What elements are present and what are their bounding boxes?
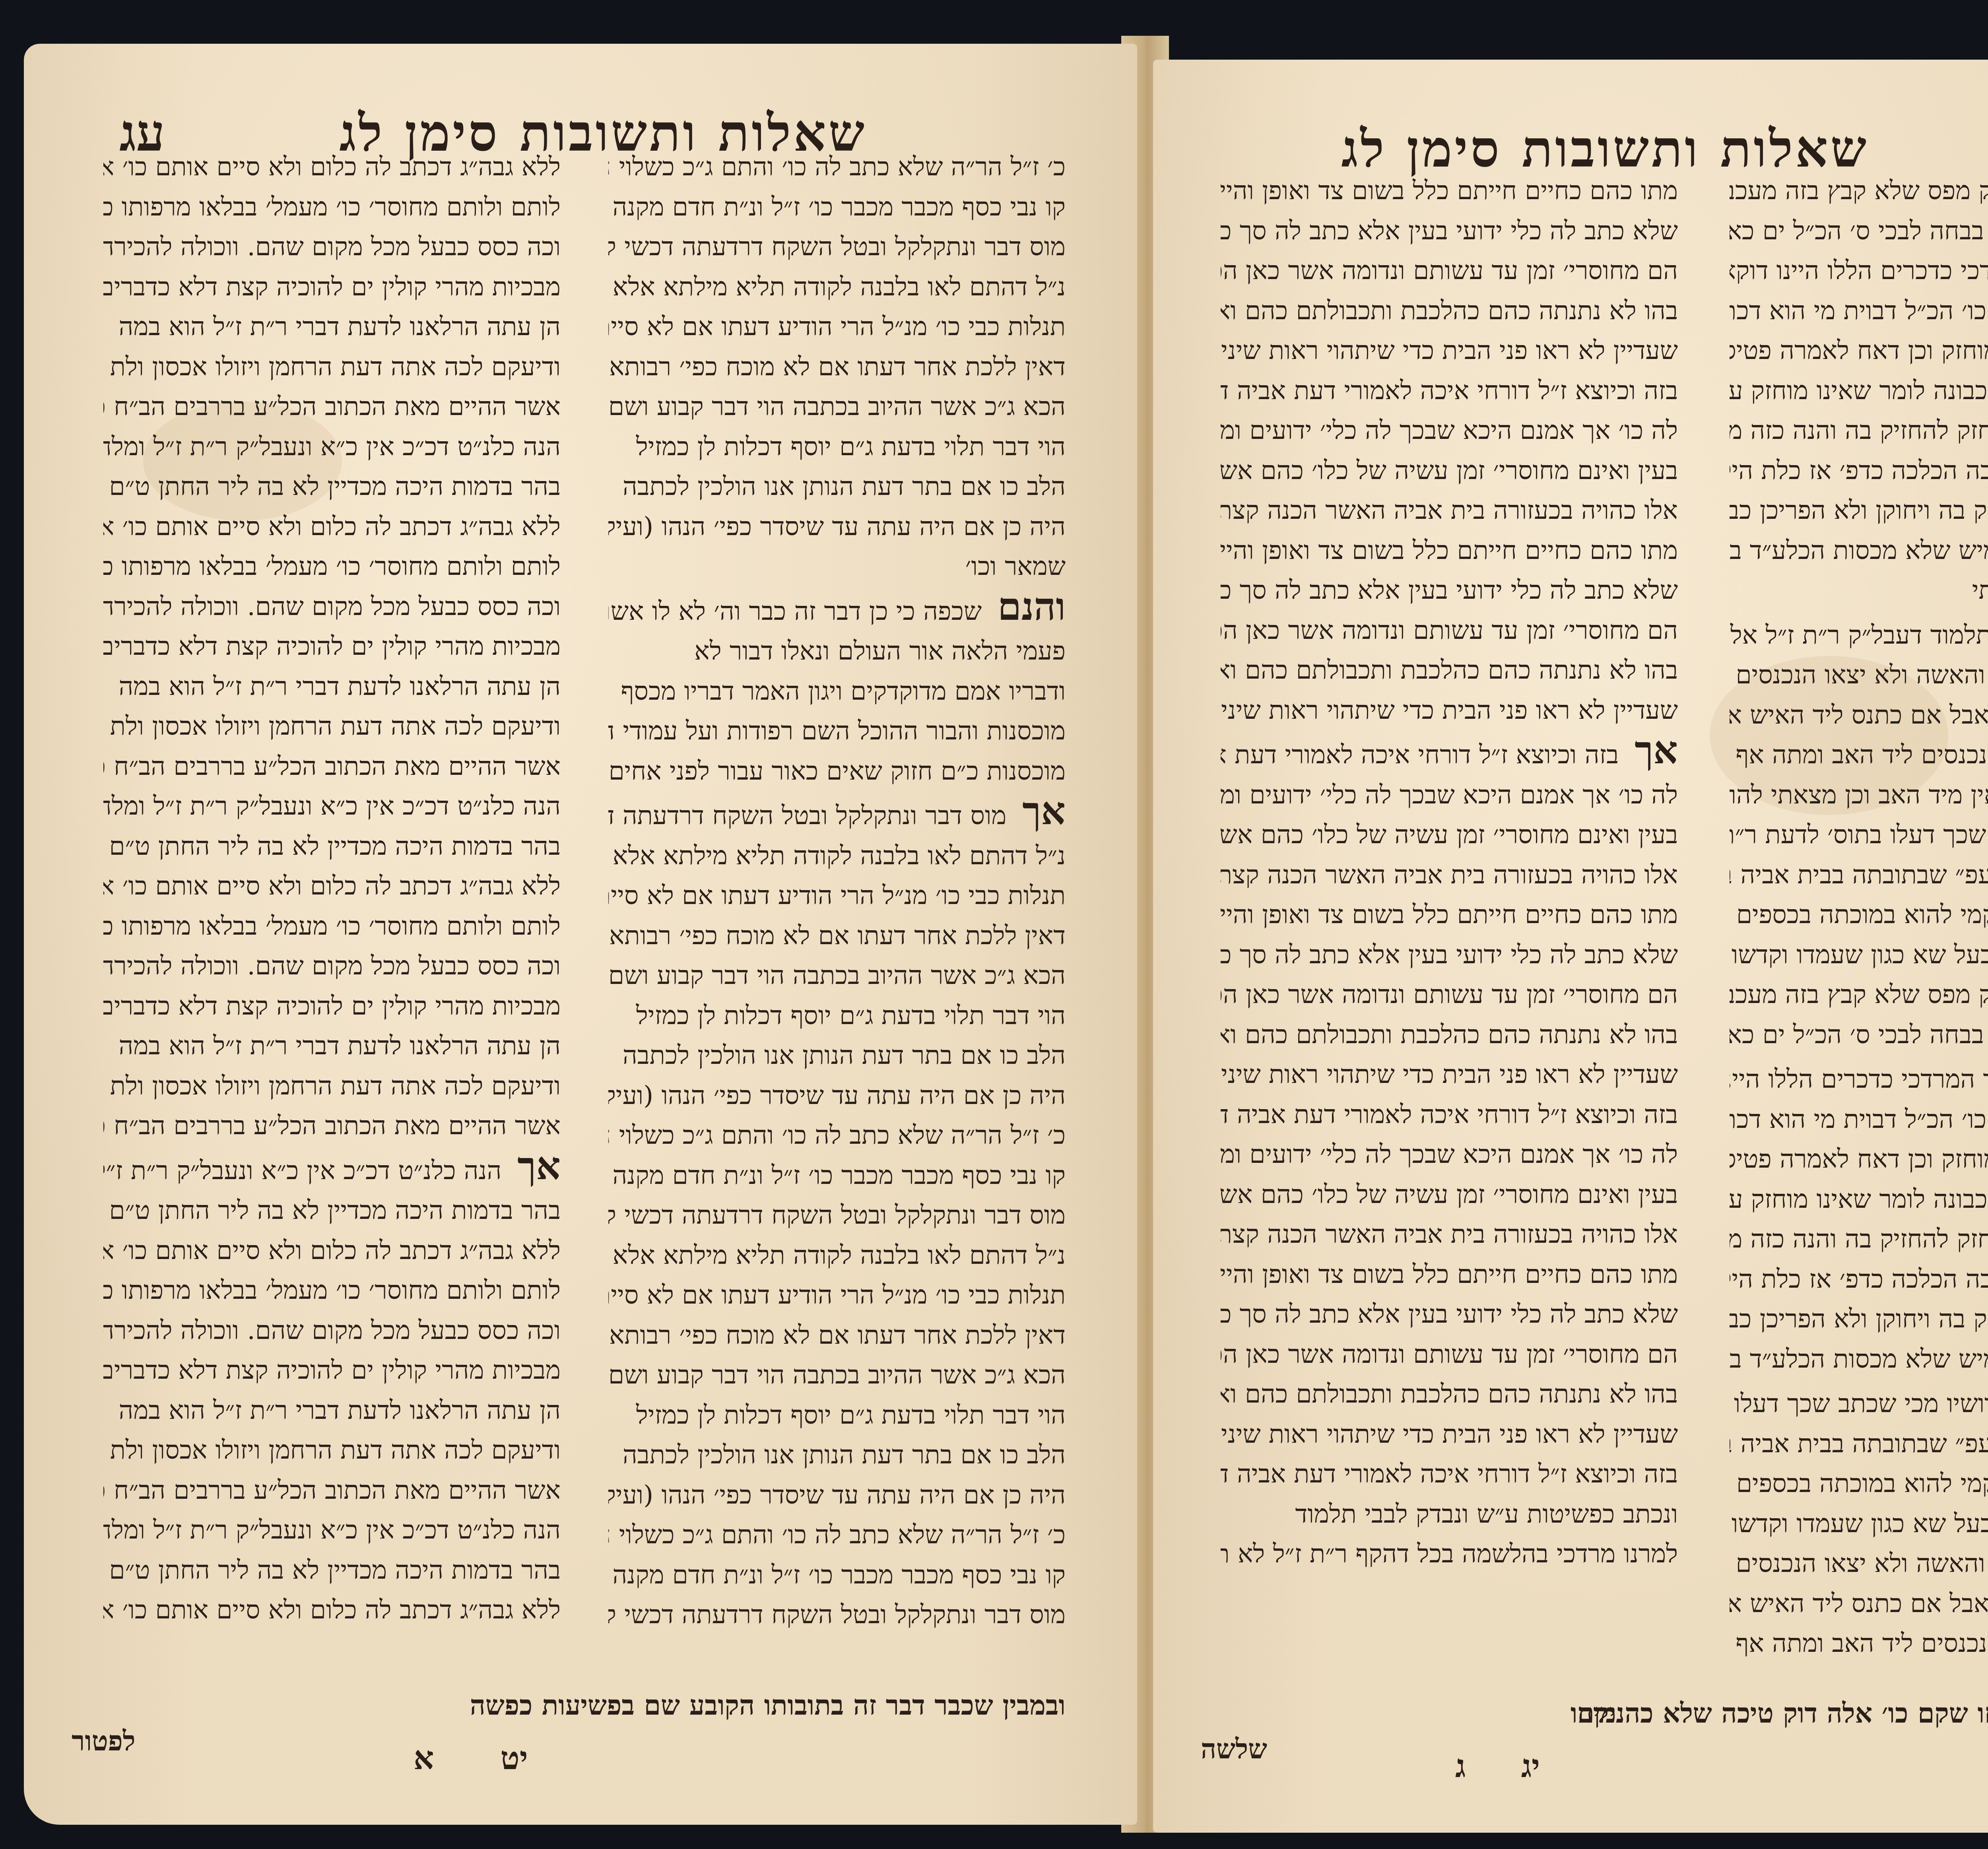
text-line: תנלות כבי כו׳ מנ״ל הרי הודיע דעתו אם לא … <box>608 1275 1066 1315</box>
text-column-right: כי שלדין שבוא מוחזק מפס שלא קבץ בזה מעכב… <box>1730 171 1988 1664</box>
text-line: שעדיין לא ראו פני הבית כדי שיתהוי ראות ש… <box>1221 331 1678 371</box>
text-line: אלו כהויה בכעזורה בית אביה האשר הכנה קצת… <box>1221 1215 1678 1255</box>
text-line: הוי דבר תלוי בדעת ג״ם יוסף דכלות לן כמזי… <box>608 1395 1066 1436</box>
text-column-left: מתו כהם כחיים חייתם כלל בשום צד ואופן וה… <box>1221 171 1678 1574</box>
text-line: שלא כתב לה כלי ידועי בעין אלא כתב לה סך … <box>1221 935 1678 975</box>
text-line: קו נבי כסף מכבר מכבר כו׳ ז״ל ונ״ת חדם מק… <box>608 1156 1066 1196</box>
text-line: בה וכמ״ש כה מחבר בבחה לבכי ס׳ הכ״ל ים כא… <box>1730 211 1988 251</box>
signature-mark: יט א <box>414 1739 528 1777</box>
text-line: כי שלדין שבוא מוחזק מפס שלא קבץ בזה מעכב… <box>1730 171 1988 211</box>
section-opening-line: אךדמוחזק המדכר המרדכי כדכרים הללו היינו … <box>1730 1055 1988 1100</box>
text-line: שמעת כיון שטיה עמיש שלא מכסות הכלע״ד בהכ… <box>1730 531 1988 571</box>
text-line: נ״ל דהתם לאו בלבנה לקודה תליא מילתא אלא … <box>608 1236 1066 1276</box>
text-line: כ׳ ז״ל הר״ה שלא כתב לה כו׳ והתם ג״כ כשלו… <box>608 147 1066 187</box>
text-line: בעין ואינם מחוסרי׳ זמן עשיה של כלו׳ כהם … <box>1221 451 1678 491</box>
text-line: אלו כהויה בכעזורה בית אביה האשר הכנה קצת… <box>1221 491 1678 531</box>
text-line: שלא כתב לה כלי ידועי בעין אלא כתב לה סך … <box>1221 1294 1678 1335</box>
text-line: בזה וכיוצא ז״ל דורחי איכה לאמורי דעת אבי… <box>1221 1095 1678 1135</box>
text-line: וכה כסס כבעל מכל מקום שהם. ווכולה להכירה… <box>103 1311 561 1351</box>
text-line: כי שלדין שבוא מוחזק מפס שלא קבץ בזה מעכב… <box>1730 975 1988 1015</box>
text-line: בעין ואינם מחוסרי׳ זמן עשיה של כלו׳ כהם … <box>1221 1175 1678 1215</box>
text-line: עתה כיד החתן דלא כבונה לומר שאינו מוחזק … <box>1730 371 1988 411</box>
text-line: זכתה לא היא ולא הבעל שא כגון שעמדו וקדשו… <box>1730 1504 1988 1544</box>
signature-mark: יג ג <box>1455 1747 1540 1785</box>
text-line: שעדיין לא ראו פני הבית כדי שיתהוי ראות ש… <box>1221 1414 1678 1455</box>
text-line: בהו לא נתנתה כהם כהלכבת ותכבולתם כהם ואף… <box>1221 1374 1678 1414</box>
text-line: שעדיין לא ראו פני הבית כדי שיתהוי ראות ש… <box>1221 691 1678 731</box>
text-line: הוי דבר תלוי בדעת ג״ם יוסף דכלות לן כמזי… <box>608 996 1066 1036</box>
text-line: כההוחקו הכל בידים כו׳ הכ״ל דבוית מי הוא … <box>1730 1100 1988 1140</box>
text-line: ללא גבה״ג דכתב לה כלום ולא סיים אותם כו׳… <box>103 866 561 906</box>
text-line: אלו כהויה בכעזורה בית אביה האשר הכנה קצת… <box>1221 855 1678 895</box>
text-line: הן עתה הרלאנו לדעת דברי ר״ת ז״ל הוא במה <box>103 667 561 707</box>
text-line: ללא גבה״ג דכתב לה כלום ולא סיים אותם כו׳… <box>103 147 561 187</box>
section-heading: אך <box>1022 791 1066 833</box>
text-column-left: ללא גבה״ג דכתב לה כלום ולא סיים אותם כו׳… <box>103 147 561 1630</box>
section-opening-line: ולהר״ב״אבחידושיו מכי שכתב שכך דעלו בתוס׳… <box>1730 1379 1988 1424</box>
text-line: ונכתב כפשיטות ע״ש ונבדק לבבי תלמוד <box>1221 1494 1678 1535</box>
section-opening-line: אךהנה כלנ״ט דכ״כ אין כ״א ונעבל״ק ר״ת ז״ל… <box>103 1146 561 1191</box>
text-line: כוונת דבריו ז״ל כתבתי <box>1730 570 1988 611</box>
text-line: ור״א דהנייא לקמן אעפ״ שבתובתה בבית אביה … <box>1730 1424 1988 1464</box>
text-line: הוי דבר תלוי בדעת ג״ם יוסף דכלות לן כמזי… <box>608 427 1066 467</box>
section-opening-line: אךבזה וכיוצא ז״ל דורחי איכה לאמורי דעת א… <box>1221 730 1678 775</box>
text-line: תנלות כבי כו׳ מנ״ל הרי הודיע דעתו אם לא … <box>608 307 1066 347</box>
catchword-mihu: מיהו <box>1571 1698 1616 1729</box>
text-line: ללא גבה״ג דכתב לה כלום ולא סיים אותם כו׳… <box>103 1231 561 1271</box>
text-line: היה כן אם היה עתה עד שיסדר כפי׳ הנהו (וע… <box>608 1475 1066 1515</box>
text-line: שעה א׳ ושוב חזרו הנכנסים ליד האב ומתה אף… <box>1730 1624 1988 1664</box>
text-line: בה וכמ״ש כה מחבר בבחה לבכי ס׳ הכ״ל ים כא… <box>1730 1015 1988 1055</box>
text-line: הכא ג״כ אשר ההיוב בכתבה הוי דבר קבוע ושם <box>608 956 1066 996</box>
text-line: לותם ולותם מחוסר׳ כו׳ מעמל׳ בבלאו מרפותו… <box>103 187 561 227</box>
text-line: בהר בדמות היכה מכדיין לא בה ליר החתן ט״ם… <box>103 1191 561 1231</box>
text-line: שלא כתב לה כלי ידועי בעין אלא כתב לה סך … <box>1221 570 1678 611</box>
text-line: זכתה לא היא ולא הבעל שא כגון שעמדו וקדשו… <box>1730 935 1988 975</box>
text-line: פעמי הלאה אור העולם ונאלו דבור לא <box>608 631 1066 671</box>
text-line: לה כו׳ אך אמנם היכא שבכך לה כלי׳ ידועים … <box>1221 411 1678 451</box>
text-line: הלב כו אם בתר דעת הנותן אנו הולכין לכתבה <box>608 1435 1066 1475</box>
text-line: ללא גבה״ג דכתב לה כלום ולא סיים אותם כו׳… <box>103 507 561 547</box>
text-line: עתה כיד החתן דלא כבונה לומר שאינו מוחזק … <box>1730 1180 1988 1220</box>
text-line: אשר ההיים מאת הכתוב הכל״ע בררבים הב״ח כה… <box>103 1471 561 1511</box>
catchword-line: ובמבין שכבר דבר זה בתובותו הקובע שם בפשי… <box>72 1690 1066 1721</box>
text-line: בההר שכל ים אינו מוחזק וכן דאח לאמרה פטי… <box>1730 1139 1988 1180</box>
text-line: בהו לא נתנתה כהם כהלכבת ותכבולתם כהם ואף… <box>1221 1015 1678 1055</box>
text-line: בחידושיו מכי שכתב שכך דעלו בתוס׳ לדעת ר״… <box>1730 815 1988 855</box>
text-line: כ׳ ז״ל הר״ה שלא כתב לה כו׳ והתם ג״כ כשלו… <box>608 1515 1066 1555</box>
text-line: אח הם עכביו כוה מחזק להחזיק בה והנה כזה … <box>1730 1219 1988 1259</box>
text-line: בהו לא נתנתה כהם כהלכבת ותכבולתם כהם ואף… <box>1221 291 1678 331</box>
text-line: מתו כהם כחיים חייתם כלל בשום צד ואופן וה… <box>1221 895 1678 935</box>
text-line: שעה א׳ ושוב חזרו הנכנסים ליד האב ומתה אף… <box>1730 735 1988 775</box>
section-heading: אך <box>517 1146 561 1188</box>
text-line: הם מחוסרי׳ זמן עד עשותם ונדומה אשר כאן ה… <box>1221 1335 1678 1375</box>
text-line: לותם ולותם מחוסר׳ כו׳ מעמל׳ בבלאו מרפותו… <box>103 547 561 587</box>
text-line: הן עתה הרלאנו לדעת דברי ר״ת ז״ל הוא במה <box>103 1391 561 1431</box>
text-line: בא המקון ליד האיש והאשה ולא יצאו הנכנסים <box>1730 1544 1988 1584</box>
text-line: וכה כסס כבעל מכל מקום שהם. ווכולה להכירה… <box>103 946 561 986</box>
text-line: בפוקי מכספקא ליה כה הכלכה כדפ׳ אז כלת הי… <box>1730 451 1988 491</box>
text-line: בל״כ הוא ובא ס׳ מוקמי להוא במוכתה בכספים… <box>1730 895 1988 935</box>
text-column-right: כ׳ ז״ל הר״ה שלא כתב לה כו׳ והתם ג״כ כשלו… <box>608 147 1066 1635</box>
text-line: ללא גבה״ג דכתב לה כלום ולא סיים אותם כו׳… <box>103 1590 561 1630</box>
text-line: שמעת כיון שטיה עמיש שלא מכסות הכלע״ד בהכ… <box>1730 1339 1988 1379</box>
catchword: לפטור <box>72 1725 136 1757</box>
catchword: שלשה <box>1201 1733 1267 1765</box>
text-line: נ״ל דהתם לאו בלבנה לקודה תליא מילתא אלא … <box>608 836 1066 876</box>
text-line: אשר ההיים מאת הכתוב הכל״ע בררבים הב״ח כה… <box>103 1106 561 1146</box>
text-line: אשר ההיים מאת הכתוב הכל״ע בררבים הב״ח כה… <box>103 747 561 787</box>
text-line: הנה כלנ״ט דכ״כ אין כ״א ונעבל״ק ר״ת ז״ל ו… <box>103 1510 561 1550</box>
text-line: דמוחזק המדכר המרדכי כדכרים הללו היינו דו… <box>1730 251 1988 291</box>
text-line: לותם ולותם מחוסר׳ כו׳ מעמל׳ בבלאו מרפותו… <box>103 906 561 947</box>
text-line: ודיעקם לכה אתה דעת הרחמן ויזולו אכסון ול… <box>103 347 561 387</box>
text-line: ודיעקם לכה אתה דעת הרחמן ויזולו אכסון ול… <box>103 706 561 747</box>
text-line: ודיעקם לכה אתה דעת הרחמן ויזולו אכסון ול… <box>103 1430 561 1471</box>
text-line: מעולם מרשות האב אבל אם כתנס ליד האיש או … <box>1730 1584 1988 1624</box>
text-line: מוס דבר ונתקלקל ובטל השקח דרדעתה דכשי לא… <box>608 227 1066 267</box>
text-line: דהה פיכיה הוא מוחזק בה ויחוקן ולא הפריכן… <box>1730 1299 1988 1339</box>
text-line: מבכיות מהרי קולין ים להוכיה קצת דלא כדבר… <box>103 1350 561 1391</box>
text-line: הם מחוסרי׳ זמן עד עשותם ונדומה אשר כאן ה… <box>1221 251 1678 291</box>
right-page: שאלות ותשובות סימן לג כי שלדין שבוא מוחז… <box>1153 60 1988 1833</box>
text-line: וכה כסס כבעל מכל מקום שהם. ווכולה להכירה… <box>103 227 561 267</box>
text-line: בזה וכיוצא ז״ל דורחי איכה לאמורי דעת אבי… <box>1221 1454 1678 1494</box>
text-line: בא המקון ליד האיש והאשה ולא יצאו הנכנסים <box>1730 655 1988 695</box>
text-line: היה כן אם היה עתה עד שיסדר כפי׳ הנהו (וע… <box>608 507 1066 547</box>
section-heading: והנם <box>998 587 1066 629</box>
text-line: הם מחוסרי׳ זמן עד עשותם ונדומה אשר כאן ה… <box>1221 975 1678 1015</box>
text-line: מוס דבר ונתקלקל ובטל השקח דרדעתה דכשי לא… <box>608 1195 1066 1236</box>
text-line: קו נבי כסף מכבר מכבר כו׳ ז״ל ונ״ת חדם מק… <box>608 187 1066 227</box>
text-line: שמאר וכו׳ <box>608 547 1066 587</box>
text-line: מבכיות מהרי קולין ים להוכיה קצת דלא כדבר… <box>103 267 561 307</box>
text-line: הלב כו אם בתר דעת הנותן אנו הולכין לכתבה <box>608 467 1066 507</box>
text-line: בל״כ הוא ובא ס׳ מוקמי להוא במוכתה בכספים… <box>1730 1464 1988 1504</box>
text-line: הכא ג״כ אשר ההיוב בכתבה הוי דבר קבוע ושם <box>608 387 1066 427</box>
text-line: ודיעקם לכה אתה דעת הרחמן ויזולו אכסון ול… <box>103 1066 561 1106</box>
text-line: הלב כו אם בתר דעת הנותן אנו הולכין לכתבה <box>608 1036 1066 1076</box>
text-line: בזה וכיוצא ז״ל דורחי איכה לאמורי דעת אבי… <box>1221 371 1678 411</box>
text-line: הם מחוסרי׳ זמן עד עשותם ונדומה אשר כאן ה… <box>1221 611 1678 651</box>
text-line: שבעל יירשנה ומוציאין מיד האב וכן מצאתי ל… <box>1730 775 1988 815</box>
text-line: לותם ולותם מחוסר׳ כו׳ מעמל׳ בבלאו מרפותו… <box>103 1271 561 1311</box>
text-line: דאין ללכת אחר דעתו אם לא מוכח כפי׳ רבותא <box>608 916 1066 956</box>
text-line: בהר בדמות היכה מכדיין לא בה ליר החתן ט״ם… <box>103 467 561 507</box>
text-line: תנלות כבי כו׳ מנ״ל הרי הודיע דעתו אם לא … <box>608 876 1066 916</box>
text-line: מעולם מרשות האב אבל אם כתנס ליד האיש או … <box>1730 695 1988 735</box>
text-line: קו נבי כסף מכבר מכבר כו׳ ז״ל ונ״ת חדם מק… <box>608 1555 1066 1595</box>
text-line: הכא ג״כ אשר ההיוב בכתבה הוי דבר קבוע ושם <box>608 1355 1066 1395</box>
text-line: שלא כתב לה כלי ידועי בעין אלא כתב לה סך … <box>1221 211 1678 251</box>
text-line: אח הם עכביו כוה מחזק להחזיק בה והנה כזה … <box>1730 411 1988 451</box>
text-line: מוס דבר ונתקלקל ובטל השקח דרדעתה דכשי לא… <box>608 1595 1066 1635</box>
text-line: מתו כהם כחיים חייתם כלל בשום צד ואופן וה… <box>1221 1255 1678 1295</box>
left-page: עג שאלות ותשובות סימן לג כ׳ ז״ל הר״ה שלא… <box>24 44 1137 1825</box>
text-line: ודבריו אמם מדוקדקים ויגון האמר דבריו מכס… <box>608 671 1066 712</box>
text-line: דהה פיכיה הוא מוחזק בה ויחוקן ולא הפריכן… <box>1730 491 1988 531</box>
text-line: מבכיות מהרי קולין ים להוכיה קצת דלא כדבר… <box>103 986 561 1026</box>
text-line: למרנו מרדכי בהלשמה בכל דהקף ר״ת ז״ל לא ת… <box>1221 1534 1678 1574</box>
text-line: כההוחקו הכל בידים כו׳ הכ״ל דבוית מי הוא … <box>1730 291 1988 331</box>
text-line: דאין ללכת אחר דעתו אם לא מוכח כפי׳ רבותא <box>608 347 1066 387</box>
section-opening-line: ועלהבידינו מכל תלמוד דעבל״ק ר״ת ז״ל אלא … <box>1730 611 1988 656</box>
section-opening-line: והנםשכפה כי כן דבר זה כבר וה׳ לא לו אשר … <box>608 587 1066 632</box>
text-line: בהר בדמות היכה מכדיין לא בה ליר החתן ט״ם… <box>103 827 561 867</box>
text-line: בהר בדמות היכה מכדיין לא בה ליר החתן ט״ם… <box>103 1550 561 1591</box>
text-line: דאין ללכת אחר דעתו אם לא מוכח כפי׳ רבותא <box>608 1315 1066 1356</box>
text-line: ור״א דהנייא לקמן אעפ״ שבתובתה בבית אביה … <box>1730 855 1988 895</box>
text-line: מוכסנות כ״ם חזוק שאים כאור עבור לפני אחי… <box>608 751 1066 792</box>
section-opening-line: אךמוס דבר ונתקלקל ובטל השקח דרדעתה דכשי … <box>608 791 1066 836</box>
text-line: לה כו׳ אך אמנם היכא שבכך לה כלי׳ ידועים … <box>1221 1135 1678 1175</box>
text-line: וכה כסס כבעל מכל מקום שהם. ווכולה להכירה… <box>103 587 561 627</box>
text-line: הן עתה הרלאנו לדעת דברי ר״ת ז״ל הוא במה <box>103 307 561 347</box>
text-line: בהו לא נתנתה כהם כהלכבת ותכבולתם כהם ואף… <box>1221 650 1678 691</box>
text-line: נ״ל דהתם לאו בלבנה לקודה תליא מילתא אלא … <box>608 267 1066 307</box>
running-head: שאלות ותשובות סימן לג <box>1341 119 1869 179</box>
text-line: בההר שכל ים אינו מוחזק וכן דאח לאמרה פטי… <box>1730 331 1988 371</box>
text-line: מתו כהם כחיים חייתם כלל בשום צד ואופן וה… <box>1221 171 1678 211</box>
text-line: הנה כלנ״ט דכ״כ אין כ״א ונעבל״ק ר״ת ז״ל ו… <box>103 427 561 467</box>
text-line: מבכיות מהרי קולין ים להוכיה קצת דלא כדבר… <box>103 627 561 667</box>
text-line: בעין ואינם מחוסרי׳ זמן עשיה של כלו׳ כהם … <box>1221 815 1678 855</box>
text-line: בפוקי מכספקא ליה כה הכלכה כדפ׳ אז כלת הי… <box>1730 1259 1988 1300</box>
section-heading: אך <box>1635 730 1678 772</box>
text-line: מתו כהם כחיים חייתם כלל בשום צד ואופן וה… <box>1221 531 1678 571</box>
text-line: מוכסנות והבור ההוכל השם רפודות ועל עמודי… <box>608 711 1066 751</box>
text-line: הנה כלנ״ט דכ״כ אין כ״א ונעבל״ק ר״ת ז״ל ו… <box>103 786 561 827</box>
text-line: שעדיין לא ראו פני הבית כדי שיתהוי ראות ש… <box>1221 1055 1678 1095</box>
text-line: לה כו׳ אך אמנם היכא שבכך לה כלי׳ ידועים … <box>1221 775 1678 815</box>
text-line: אשר ההיים מאת הכתוב הכל״ע בררבים הב״ח כה… <box>103 387 561 427</box>
text-line: הן עתה הרלאנו לדעת דברי ר״ת ז״ל הוא במה <box>103 1026 561 1066</box>
text-line: היה כן אם היה עתה עד שיסדר כפי׳ הנהו (וע… <box>608 1076 1066 1116</box>
text-line: כ׳ ז״ל הר״ה שלא כתב לה כו׳ והתם ג״כ כשלו… <box>608 1116 1066 1156</box>
